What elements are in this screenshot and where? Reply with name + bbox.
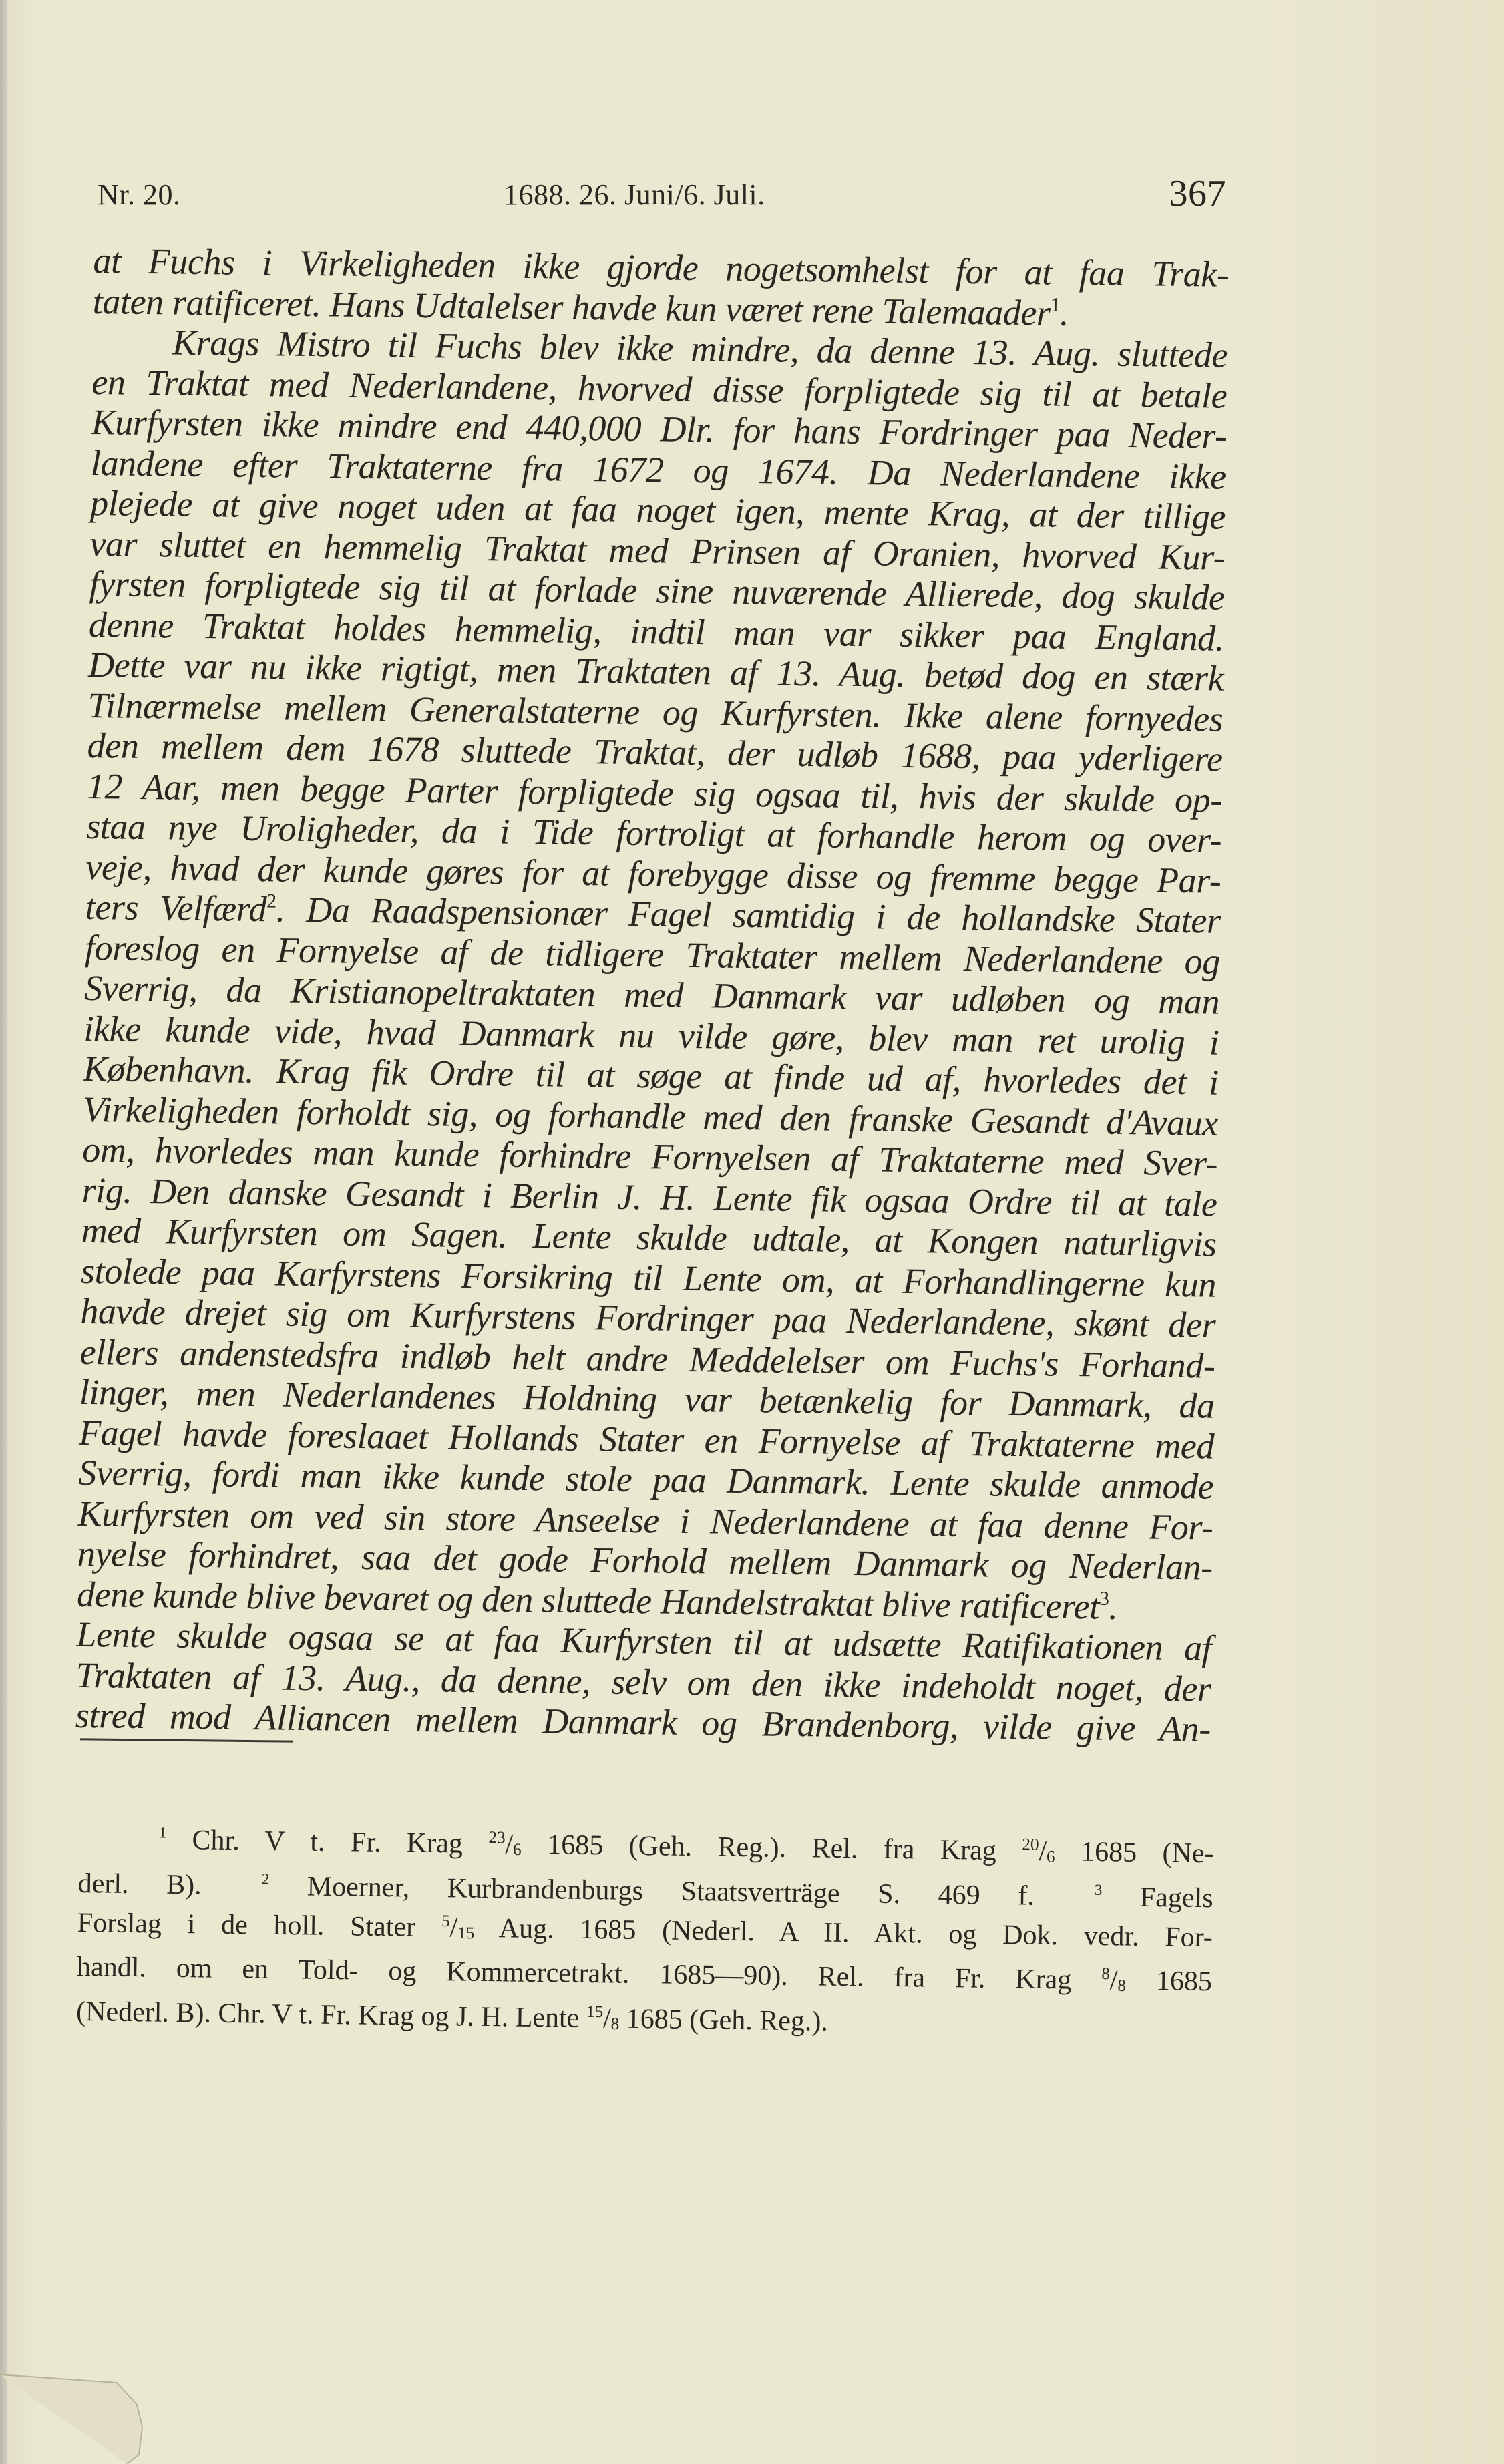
- footnote-ref-1[interactable]: 1: [1051, 294, 1061, 315]
- date-fraction: 15/8: [586, 2003, 620, 2035]
- footnote-marker-1: 1: [159, 1823, 167, 1841]
- body-text: at Fuchs i Virkeligheden ikke gjorde nog…: [75, 240, 1229, 1749]
- bookmark-tab-icon: [0, 2374, 147, 2464]
- date-fraction: 20/6: [1022, 1835, 1055, 1867]
- footnote-ref-2[interactable]: 2: [266, 890, 276, 912]
- footnote-divider: [80, 1738, 293, 1742]
- page-edge: [0, 0, 7, 2464]
- running-head-date: 1688. 26. Juni/6. Juli.: [504, 178, 765, 212]
- footnote-ref-3[interactable]: 3: [1099, 1588, 1109, 1609]
- date-fraction: 8/8: [1101, 1965, 1126, 1996]
- date-fraction: 5/15: [441, 1912, 475, 1944]
- footnote-marker-2: 2: [262, 1870, 270, 1887]
- footnote-marker-3: 3: [1095, 1880, 1103, 1898]
- date-fraction: 23/6: [488, 1829, 522, 1860]
- document-number: Nr. 20.: [98, 178, 181, 212]
- page-number: 367: [1169, 172, 1227, 215]
- book-page: Nr. 20. 1688. 26. Juni/6. Juli. 367 at F…: [0, 0, 1504, 2464]
- running-head: Nr. 20. 1688. 26. Juni/6. Juli. 367: [98, 178, 1226, 218]
- footnotes: 1 Chr. V t. Fr. Krag 23/6 1685 (Geh. Reg…: [76, 1819, 1214, 2051]
